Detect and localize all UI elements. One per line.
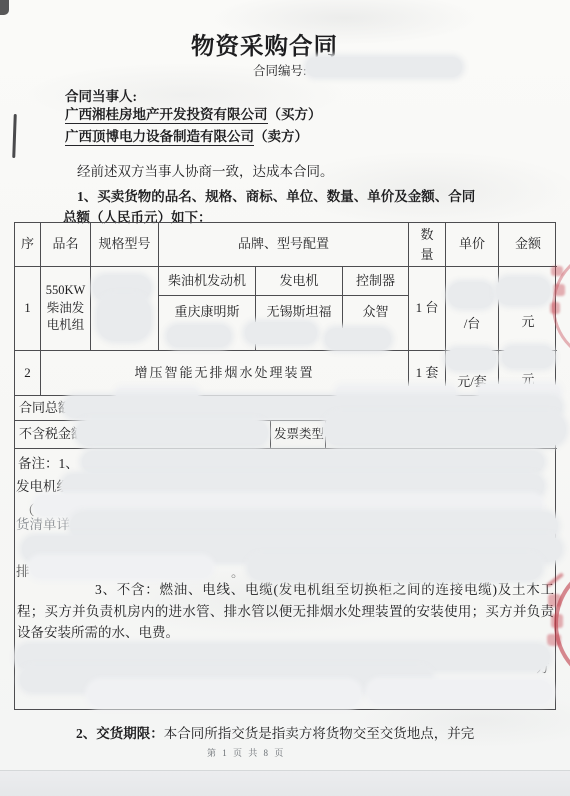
- buyer-line: 广西湘桂房地产开发投资有限公司（买方）: [65, 103, 322, 123]
- redaction-patch: [368, 680, 552, 704]
- row1-brand-generator-value: 无锡斯坦福: [266, 303, 331, 321]
- remarks-period-fragment: 。: [231, 561, 245, 581]
- redaction-patch: [448, 282, 494, 308]
- row1-component-generator-label: 发电机: [279, 272, 318, 290]
- remarks-label-fragment: 备注：1、: [18, 452, 79, 472]
- col-header-unit-price-label: 单价: [459, 235, 485, 253]
- seal-text-fragment: [551, 614, 563, 628]
- seal-text-fragment: [548, 594, 561, 607]
- col-header-product: 品名: [41, 223, 91, 267]
- contract-number-label: 合同编号:: [253, 61, 306, 79]
- col-header-spec: 规格型号: [91, 223, 159, 267]
- redaction-patch: [325, 328, 391, 350]
- clause2-line: 2、交货期限：本合同所指交货是指卖方将货物交至交货地点，并完: [76, 722, 474, 742]
- redaction-patch: [30, 557, 212, 578]
- redaction-patch: [306, 57, 462, 77]
- row1-quantity-value: 1 台: [416, 299, 439, 317]
- clause1-line1: 1、买卖货物的品名、规格、商标、单位、数量、单价及金额、合同: [77, 185, 475, 205]
- redaction-patch: [446, 348, 496, 370]
- remarks-clause3: 3、不含：燃油、电线、电缆(发电机组至切换柜之间的连接电缆)及土木工程；买方并负…: [17, 579, 554, 644]
- col-header-seq: 序: [15, 223, 41, 267]
- row1-seq: 1: [15, 267, 41, 351]
- row2-seq-value: 2: [24, 364, 31, 382]
- invoice-type-cell: 发票类型: [271, 421, 326, 449]
- row2-description-value: 增压智能无排烟水处理装置: [134, 364, 314, 382]
- col-header-amount-label: 金额: [515, 235, 541, 253]
- redaction-patch: [88, 681, 360, 707]
- remarks-list-fragment: 货清单详: [16, 513, 70, 533]
- redaction-patch: [502, 346, 554, 368]
- row1-brand-engine-value: 重庆康明斯: [174, 303, 239, 321]
- scan-corner-mark: [0, 0, 9, 15]
- clause2-text: 本合同所指交货是指卖方将货物交至交货地点，并完: [164, 726, 475, 741]
- row2-quantity-value: 1 套: [416, 364, 439, 382]
- col-header-quantity-label: 数量: [420, 225, 435, 264]
- invoice-type-label: 发票类型: [274, 426, 324, 444]
- row1-component-controller: 控制器: [343, 267, 409, 296]
- redaction-patch: [97, 295, 151, 341]
- remarks-pai-fragment: 排: [16, 560, 30, 580]
- col-header-amount: 金额: [499, 223, 557, 267]
- row1-product-value: 550KW柴油发电机组: [43, 282, 88, 335]
- buyer-role: （买方）: [268, 107, 322, 122]
- row2-seq: 2: [15, 351, 41, 396]
- redaction-patch: [82, 451, 544, 473]
- redaction-patch: [496, 277, 550, 305]
- row1-component-generator: 发电机: [256, 267, 343, 296]
- redaction-patch: [324, 413, 566, 446]
- row1-product: 550KW柴油发电机组: [41, 267, 91, 351]
- seal-text-fragment: [551, 266, 563, 276]
- row1-component-engine: 柴油机发动机: [159, 267, 256, 296]
- row1-amount-unit: 元: [521, 313, 534, 331]
- row1-component-controller-label: 控制器: [356, 272, 395, 290]
- row1-unit-price: /台: [446, 267, 499, 351]
- clause2-label: 2、交货期限：: [76, 726, 164, 741]
- seller-name: 广西顶博电力设备制造有限公司: [65, 129, 254, 146]
- page-number: 第 1 页 共 8 页: [207, 746, 285, 759]
- seal-text-fragment: [550, 302, 560, 314]
- buyer-name: 广西湘桂房地产开发投资有限公司: [65, 107, 268, 124]
- col-header-unit-price: 单价: [446, 223, 499, 267]
- col-header-seq-label: 序: [21, 235, 34, 253]
- row1-brand-controller-value: 众智: [362, 303, 388, 321]
- scan-bottom-edge: [0, 770, 570, 796]
- row1-component-engine-label: 柴油机发动机: [168, 272, 246, 290]
- row1-seq-value: 1: [24, 299, 31, 317]
- page-title: 物资采购合同: [191, 27, 338, 61]
- col-header-product-label: 品名: [52, 235, 78, 253]
- col-header-spec-label: 规格型号: [98, 235, 150, 253]
- col-header-brand-config-label: 品牌、型号配置: [238, 235, 329, 253]
- parties-label: 合同当事人:: [65, 85, 137, 105]
- seller-line: 广西顶博电力设备制造有限公司（卖方）: [65, 125, 308, 145]
- seal-text-fragment: [553, 284, 565, 296]
- scan-pen-stroke: [12, 114, 16, 158]
- row1-unit-price-unit: /台: [464, 315, 481, 333]
- redaction-patch: [248, 555, 542, 580]
- seal-text-fragment: [547, 634, 561, 646]
- redaction-patch: [245, 322, 317, 344]
- col-header-brand-config: 品牌、型号配置: [159, 223, 409, 267]
- row1-quantity: 1 台: [409, 267, 446, 351]
- preamble: 经前述双方当事人协商一致，达成本合同。: [77, 160, 334, 180]
- seller-role: （卖方）: [254, 129, 308, 144]
- contract-document-page: 物资采购合同 合同编号: 合同当事人: 广西湘桂房地产开发投资有限公司（买方） …: [0, 0, 570, 796]
- col-header-quantity: 数量: [409, 223, 446, 267]
- redaction-patch: [76, 420, 268, 446]
- notax-amount-label: 不含税金额: [19, 425, 84, 443]
- redaction-patch: [167, 325, 231, 347]
